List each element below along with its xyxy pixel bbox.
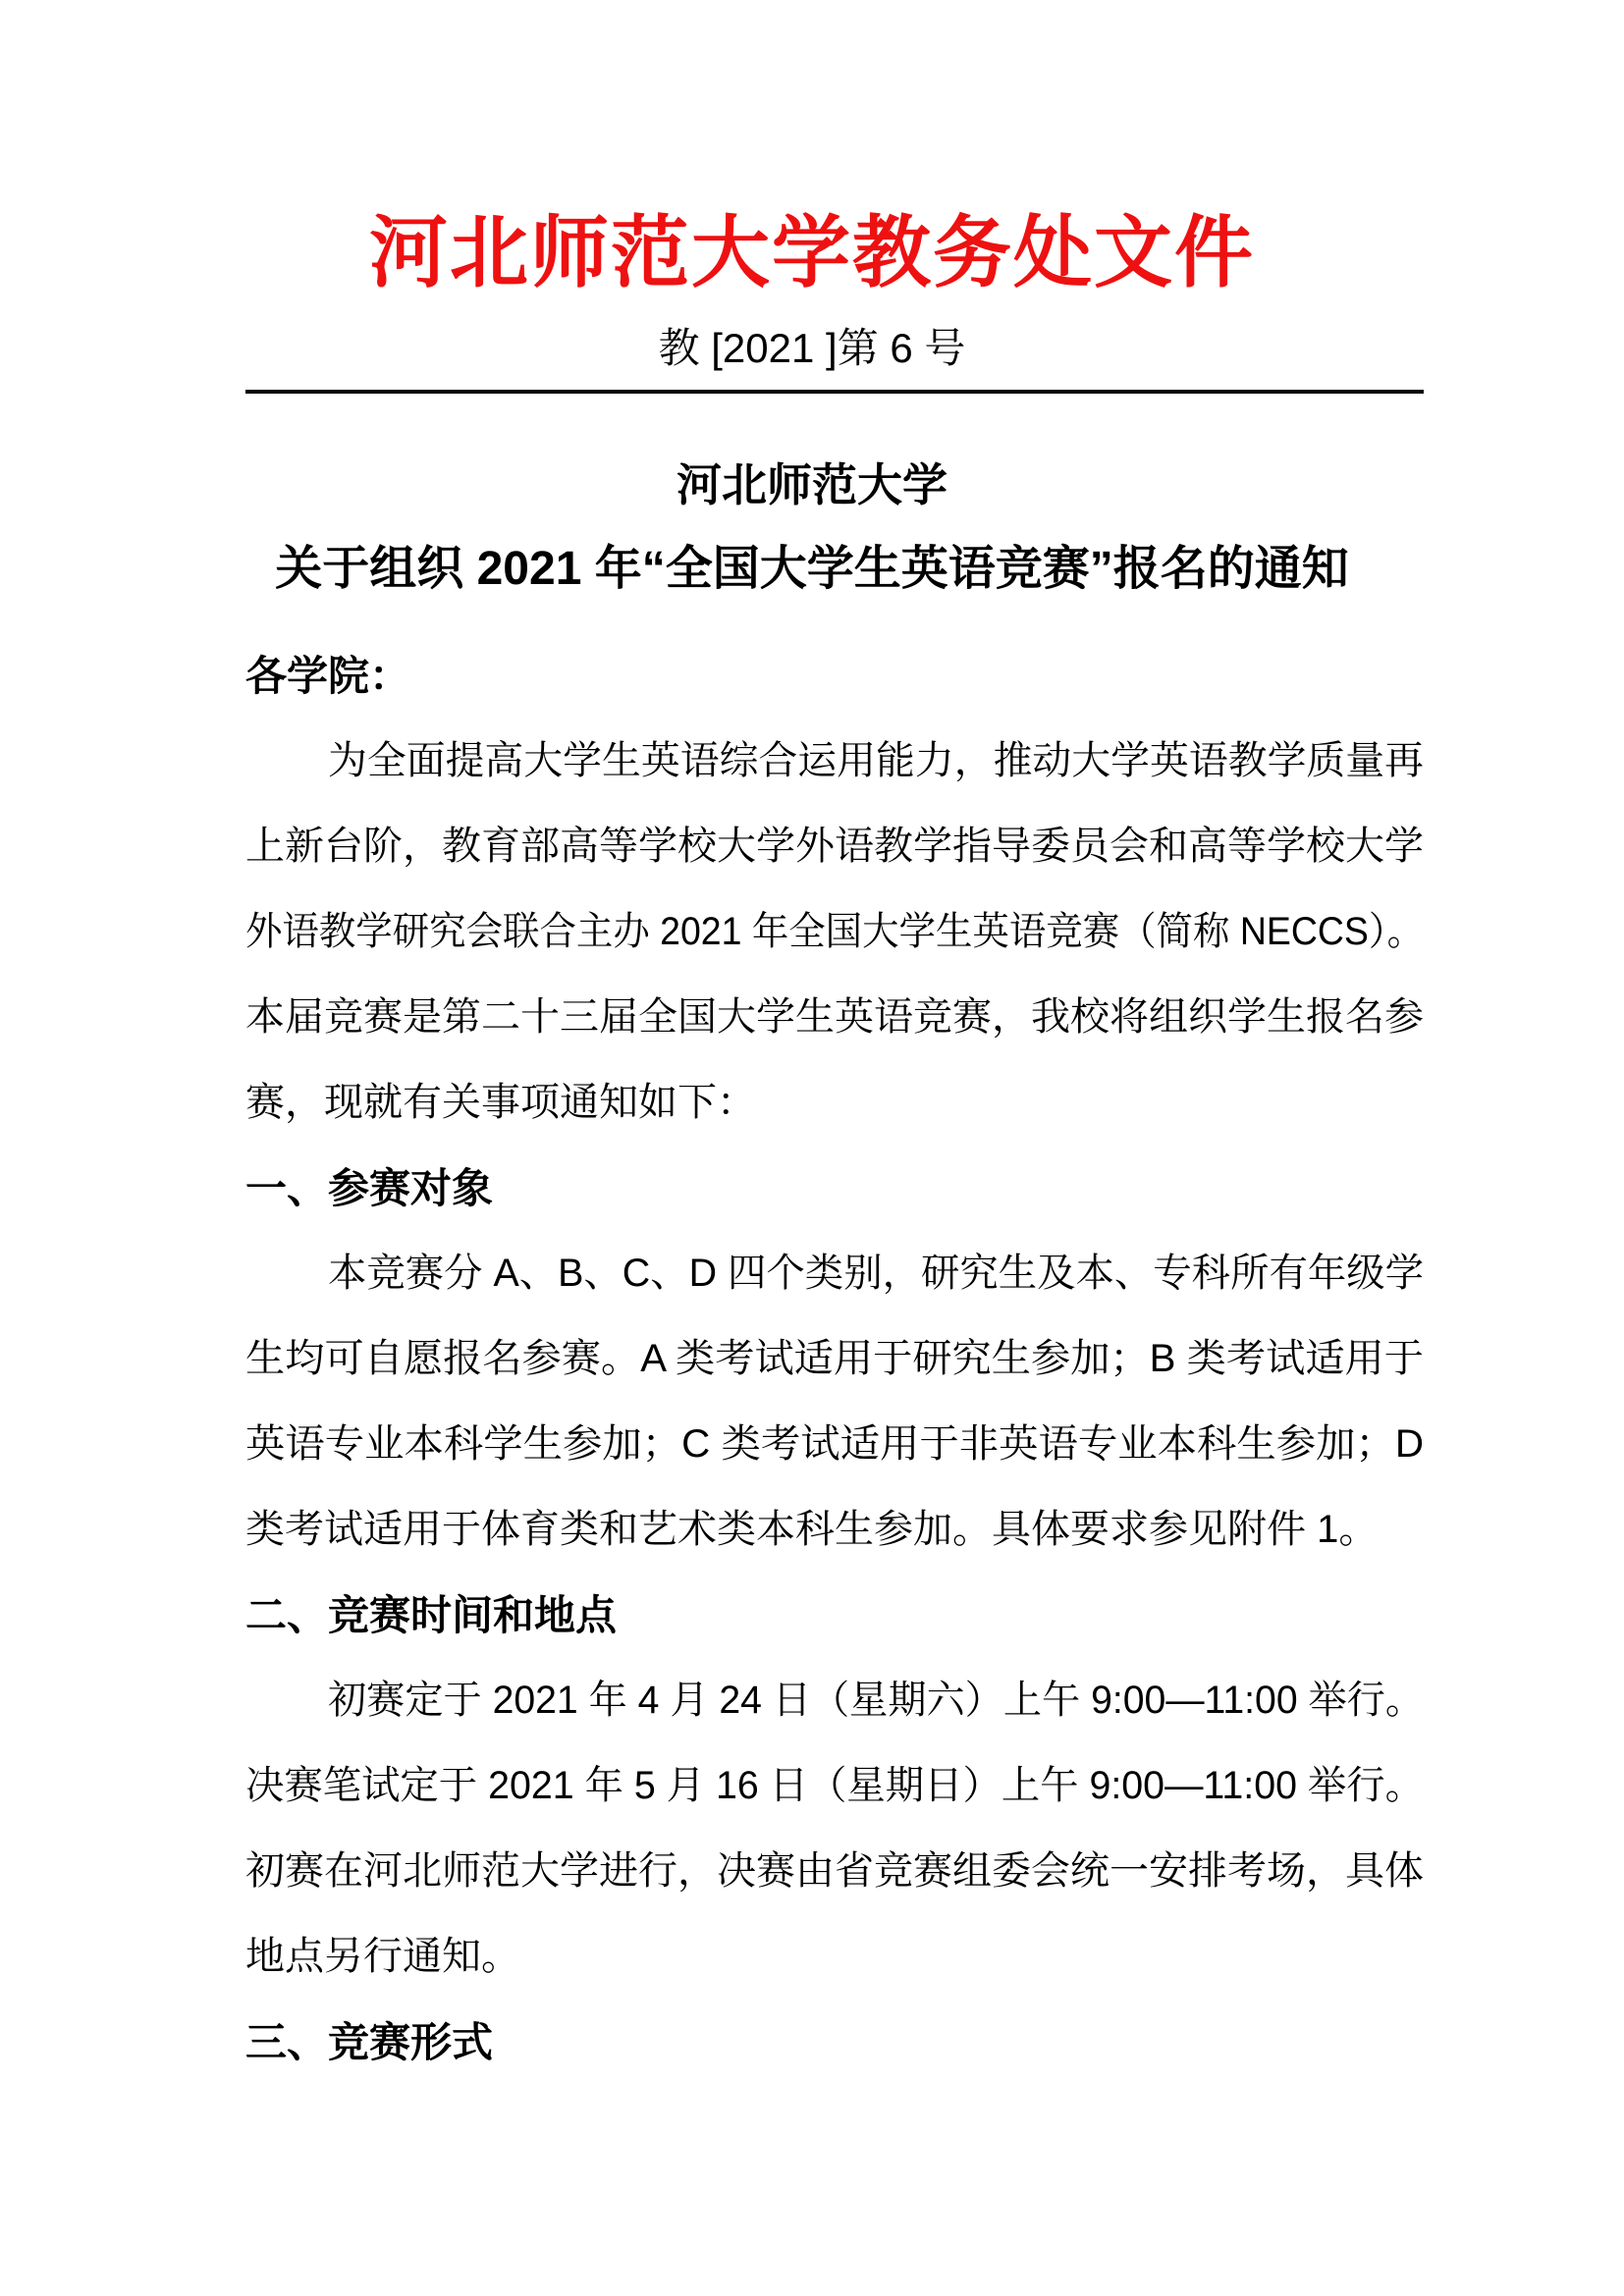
body-line: 决赛笔试定于 2021 年 5 月 16 日（星期日）上午 9:00—11:00… xyxy=(245,1743,1424,1829)
salutation: 各学院： xyxy=(245,633,1424,719)
document-page: 河北师范大学教务处文件 教 [2021 ]第 6 号 河北师范大学 关于组织 2… xyxy=(0,0,1624,2296)
section-heading-2: 二、竞赛时间和地点 xyxy=(245,1573,1424,1658)
body-line: 英语专业本科学生参加；C 类考试适用于非英语专业本科生参加；D xyxy=(245,1402,1424,1487)
notice-title: 关于组织 2021 年“全国大学生英语竞赛”报名的通知 xyxy=(0,541,1624,598)
body-line: 生均可自愿报名参赛。A 类考试适用于研究生参加；B 类考试适用于 xyxy=(245,1316,1424,1402)
section-heading-3: 三、竞赛形式 xyxy=(245,2000,1424,2085)
body-line: 赛，现就有关事项通知如下： xyxy=(245,1060,1424,1146)
divider-rule xyxy=(245,390,1424,394)
body-line: 初赛定于 2021 年 4 月 24 日（星期六）上午 9:00—11:00 举… xyxy=(245,1658,1424,1743)
body-line: 外语教学研究会联合主办 2021 年全国大学生英语竞赛（简称 NECCS）。 xyxy=(245,889,1424,975)
body-line: 本竞赛分 A、B、C、D 四个类别，研究生及本、专科所有年级学 xyxy=(245,1231,1424,1316)
body-line: 上新台阶，教育部高等学校大学外语教学指导委员会和高等学校大学 xyxy=(245,804,1424,889)
body-line: 初赛在河北师范大学进行，决赛由省竞赛组委会统一安排考场，具体 xyxy=(245,1829,1424,1914)
document-body: 各学院： 为全面提高大学生英语综合运用能力，推动大学英语教学质量再 上新台阶，教… xyxy=(245,633,1424,2085)
letterhead-title: 河北师范大学教务处文件 xyxy=(0,0,1624,298)
salutation-text: 各学院： xyxy=(245,633,410,719)
body-line: 地点另行通知。 xyxy=(245,1914,1424,2000)
body-line: 本届竞赛是第二十三届全国大学生英语竞赛，我校将组织学生报名参 xyxy=(245,975,1424,1060)
doc-number: 教 [2021 ]第 6 号 xyxy=(0,322,1624,376)
body-line: 为全面提高大学生英语综合运用能力，推动大学英语教学质量再 xyxy=(245,719,1424,804)
section-heading-1: 一、参赛对象 xyxy=(245,1146,1424,1231)
university-name: 河北师范大学 xyxy=(0,460,1624,510)
body-line: 类考试适用于体育类和艺术类本科生参加。具体要求参见附件 1。 xyxy=(245,1487,1424,1573)
